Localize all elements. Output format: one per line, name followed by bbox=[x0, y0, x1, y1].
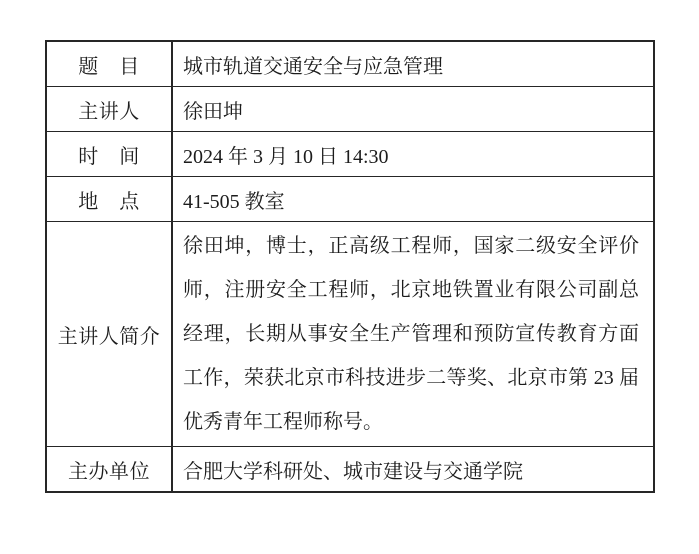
row-value: 2024 年 3 月 10 日 14:30 bbox=[173, 132, 653, 176]
row-label: 主讲人简介 bbox=[47, 222, 173, 446]
row-label: 主办单位 bbox=[47, 447, 173, 491]
lecture-info-table: 题 目 城市轨道交通安全与应急管理 主讲人 徐田坤 时 间 2024 年 3 月… bbox=[45, 40, 655, 493]
table-row-speaker-bio: 主讲人简介 徐田坤，博士，正高级工程师，国家二级安全评价师，注册安全工程师，北京… bbox=[47, 221, 653, 446]
table-row-time: 时 间 2024 年 3 月 10 日 14:30 bbox=[47, 131, 653, 176]
row-label: 时 间 bbox=[47, 132, 173, 176]
document-page: 题 目 城市轨道交通安全与应急管理 主讲人 徐田坤 时 间 2024 年 3 月… bbox=[0, 0, 699, 554]
row-value: 41-505 教室 bbox=[173, 177, 653, 221]
row-label: 主讲人 bbox=[47, 87, 173, 131]
row-value: 徐田坤，博士，正高级工程师，国家二级安全评价师，注册安全工程师，北京地铁置业有限… bbox=[173, 222, 653, 446]
row-value: 徐田坤 bbox=[173, 87, 653, 131]
table-row-location: 地 点 41-505 教室 bbox=[47, 176, 653, 221]
table-row-title: 题 目 城市轨道交通安全与应急管理 bbox=[47, 42, 653, 86]
table-row-speaker: 主讲人 徐田坤 bbox=[47, 86, 653, 131]
row-label: 地 点 bbox=[47, 177, 173, 221]
row-label: 题 目 bbox=[47, 42, 173, 86]
row-value: 合肥大学科研处、城市建设与交通学院 bbox=[173, 447, 653, 491]
table-row-organizer: 主办单位 合肥大学科研处、城市建设与交通学院 bbox=[47, 446, 653, 491]
row-value: 城市轨道交通安全与应急管理 bbox=[173, 42, 653, 86]
